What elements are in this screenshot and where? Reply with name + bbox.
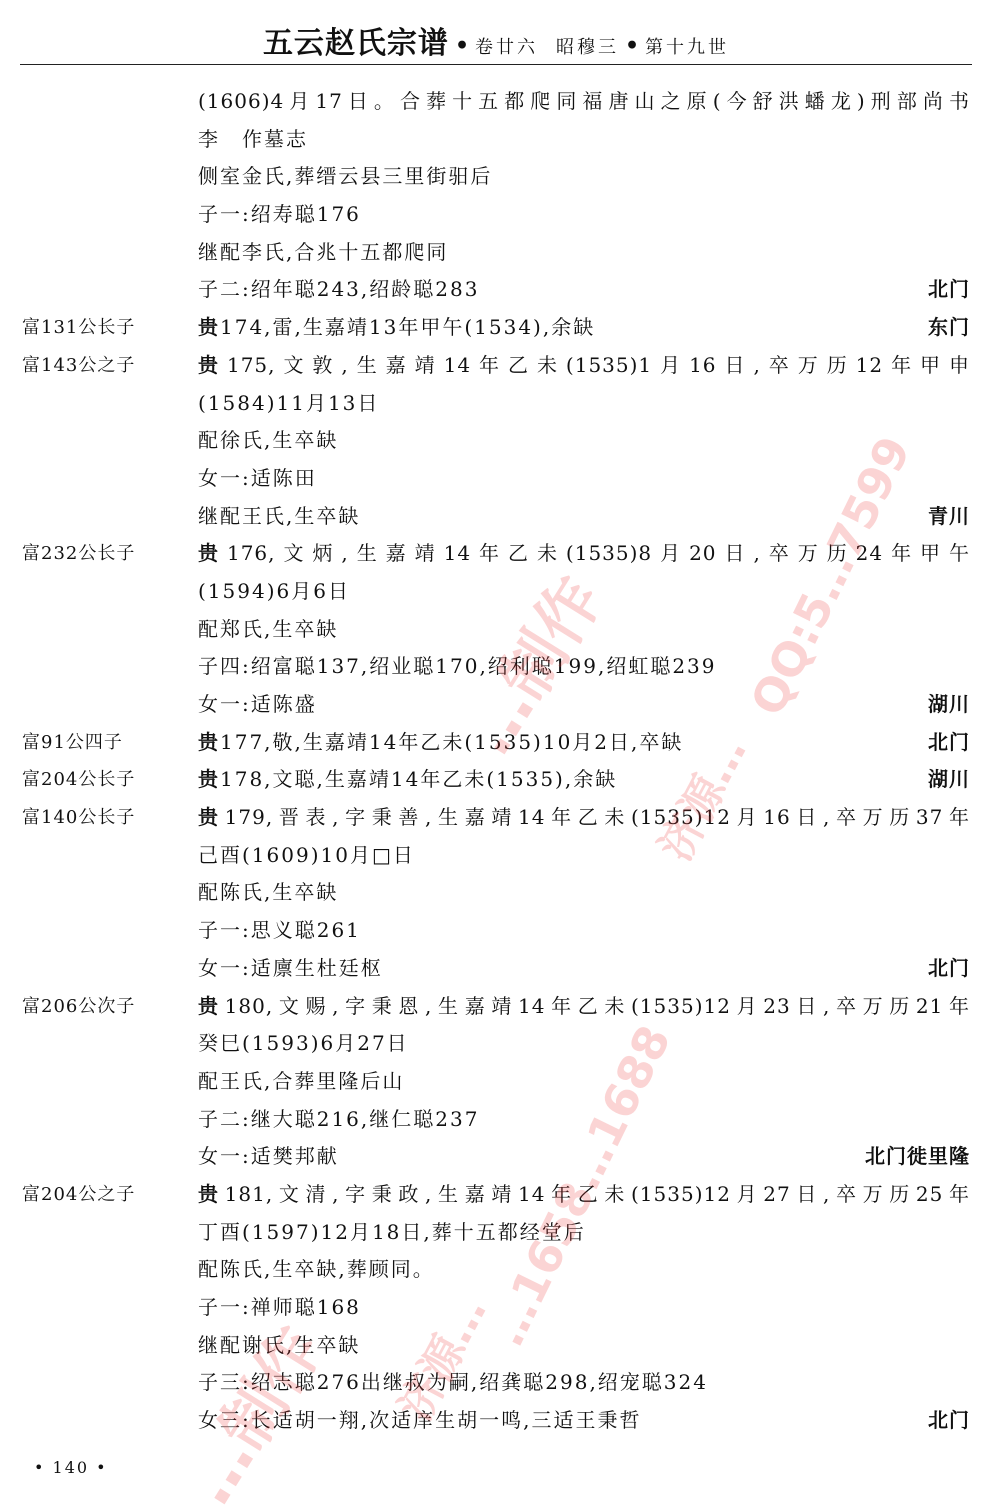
entry-continuation-row: 子一:禅师聪168 bbox=[0, 1289, 992, 1327]
generation-character: 贵 bbox=[198, 730, 220, 754]
entry-body: 丁酉(1597)12月18日,葬十五都经堂后 bbox=[198, 1220, 586, 1244]
entry-body: 己酉(1609)10月□日 bbox=[198, 843, 415, 867]
entry-continuation-row: 女一:适樊邦献北门徙里隆 bbox=[0, 1138, 992, 1176]
entry-text: 贵178,文聪,生嘉靖14年乙未(1535),余缺 bbox=[198, 761, 617, 799]
entry-row: 富131公长子贵174,雷,生嘉靖13年甲午(1534),余缺东门 bbox=[0, 309, 992, 347]
entry-text: 侧室金氏,葬缙云县三里街驲后 bbox=[198, 158, 492, 196]
entry-continuation-row: 子二:绍年聪243,绍龄聪283北门 bbox=[0, 271, 992, 309]
generation-label: 第十九世 bbox=[645, 37, 729, 58]
entry-body: 子四:绍富聪137,绍业聪170,绍利聪199,绍虹聪239 bbox=[198, 654, 717, 678]
book-title: 五云赵氏宗谱 bbox=[263, 26, 449, 61]
entry-body: 子二:绍年聪243,绍龄聪283 bbox=[198, 277, 479, 301]
entry-continuation-row: 配徐氏,生卒缺 bbox=[0, 422, 992, 460]
entry-text: 配郑氏,生卒缺 bbox=[198, 611, 338, 649]
entry-body: 子二:继大聪216,继仁聪237 bbox=[198, 1107, 479, 1131]
generation-character: 贵 bbox=[198, 353, 227, 377]
entry-continuation-row: (1594)6月6日 bbox=[0, 573, 992, 611]
entry-text: 李 作墓志 bbox=[198, 121, 308, 159]
entry-body: 子一:绍寿聪176 bbox=[198, 202, 361, 226]
entry-continuation-row: 女三:长适胡一翔,次适庠生胡一鸣,三适王秉哲北门 bbox=[0, 1402, 992, 1440]
residence-place: 湖川 bbox=[928, 761, 970, 799]
entry-body: 177,敬,生嘉靖14年乙未(1535)10月2日,卒缺 bbox=[220, 730, 683, 754]
residence-place: 北门 bbox=[928, 724, 970, 762]
lineage-label: 富143公之子 bbox=[22, 347, 135, 385]
entry-text: 配王氏,合葬里隆后山 bbox=[198, 1063, 404, 1101]
entry-text: 子一:思义聪261 bbox=[198, 912, 361, 950]
entry-text: 子二:继大聪216,继仁聪237 bbox=[198, 1101, 479, 1139]
lineage-label: 富204公长子 bbox=[22, 761, 135, 799]
entry-continuation-row: 子四:绍富聪137,绍业聪170,绍利聪199,绍虹聪239 bbox=[0, 648, 992, 686]
generation-character: 贵 bbox=[198, 805, 225, 829]
entry-text: 贵180,文赐,字秉恩,生嘉靖14年乙未(1535)12月23日,卒万历21年 bbox=[198, 988, 970, 1026]
generation-character: 贵 bbox=[198, 767, 220, 791]
entry-continuation-row: 侧室金氏,葬缙云县三里街驲后 bbox=[0, 158, 992, 196]
residence-place: 北门 bbox=[928, 271, 970, 309]
entry-body: (1606)4月17日。合葬十五都爬同福唐山之原(今舒洪蟠龙)刑部尚书 bbox=[198, 89, 970, 113]
entry-text: 女一:适陈盛 bbox=[198, 686, 317, 724]
entry-continuation-row: (1584)11月13日 bbox=[0, 385, 992, 423]
generation-character: 贵 bbox=[198, 994, 225, 1018]
entry-text: 配陈氏,生卒缺,葬顾同。 bbox=[198, 1251, 435, 1289]
entry-body: 176,文炳,生嘉靖14年乙未(1535)8月20日,卒万历24年甲午 bbox=[227, 541, 970, 565]
separator-dot: • bbox=[455, 33, 469, 59]
entry-text: 女一:适廪生杜廷枢 bbox=[198, 950, 383, 988]
entry-body: 181,文清,字秉政,生嘉靖14年乙未(1535)12月27日,卒万历25年 bbox=[225, 1182, 970, 1206]
residence-place: 北门 bbox=[928, 1402, 970, 1440]
entry-text: 继配王氏,生卒缺 bbox=[198, 498, 360, 536]
residence-place: 湖川 bbox=[928, 686, 970, 724]
genealogy-body: (1606)4月17日。合葬十五都爬同福唐山之原(今舒洪蟠龙)刑部尚书李 作墓志… bbox=[0, 83, 992, 1440]
entry-row: 富91公四子贵177,敬,生嘉靖14年乙未(1535)10月2日,卒缺北门 bbox=[0, 724, 992, 762]
entry-text: 贵176,文炳,生嘉靖14年乙未(1535)8月20日,卒万历24年甲午 bbox=[198, 535, 970, 573]
entry-text: (1594)6月6日 bbox=[198, 573, 350, 611]
entry-body: 子一:思义聪261 bbox=[198, 918, 361, 942]
entry-body: 女三:长适胡一翔,次适庠生胡一鸣,三适王秉哲 bbox=[198, 1408, 641, 1432]
entry-body: 女一:适陈盛 bbox=[198, 692, 317, 716]
entry-continuation-row: 癸巳(1593)6月27日 bbox=[0, 1025, 992, 1063]
entry-text: 子三:绍志聪276出继叔为嗣,绍龚聪298,绍宠聪324 bbox=[198, 1364, 708, 1402]
entry-continuation-row: 女一:适陈田 bbox=[0, 460, 992, 498]
separator-dot: • bbox=[625, 33, 639, 59]
entry-body: 李 作墓志 bbox=[198, 127, 308, 151]
entry-continuation-row: 丁酉(1597)12月18日,葬十五都经堂后 bbox=[0, 1214, 992, 1252]
entry-continuation-row: 配陈氏,生卒缺,葬顾同。 bbox=[0, 1251, 992, 1289]
header-rule bbox=[20, 64, 972, 65]
entry-continuation-row: 女一:适陈盛湖川 bbox=[0, 686, 992, 724]
entry-row: 富143公之子贵175,文敦,生嘉靖14年乙未(1535)1月16日,卒万历12… bbox=[0, 347, 992, 385]
entry-text: 贵181,文清,字秉政,生嘉靖14年乙未(1535)12月27日,卒万历25年 bbox=[198, 1176, 970, 1214]
entry-text: 癸巳(1593)6月27日 bbox=[198, 1025, 409, 1063]
entry-text: 继配谢氏,生卒缺 bbox=[198, 1327, 360, 1365]
entry-body: 配陈氏,生卒缺,葬顾同。 bbox=[198, 1257, 435, 1281]
entry-text: 贵175,文敦,生嘉靖14年乙未(1535)1月16日,卒万历12年甲申 bbox=[198, 347, 970, 385]
entry-body: 179,晋表,字秉善,生嘉靖14年乙未(1535)12月16日,卒万历37年 bbox=[225, 805, 970, 829]
entry-continuation-row: (1606)4月17日。合葬十五都爬同福唐山之原(今舒洪蟠龙)刑部尚书 bbox=[0, 83, 992, 121]
entry-body: 女一:适陈田 bbox=[198, 466, 317, 490]
entry-continuation-row: 己酉(1609)10月□日 bbox=[0, 837, 992, 875]
page-header: 五云赵氏宗谱•卷廿六昭穆三•第十九世 bbox=[0, 18, 992, 64]
entry-row: 富232公长子贵176,文炳,生嘉靖14年乙未(1535)8月20日,卒万历24… bbox=[0, 535, 992, 573]
entry-text: 贵177,敬,生嘉靖14年乙未(1535)10月2日,卒缺 bbox=[198, 724, 683, 762]
entry-text: (1584)11月13日 bbox=[198, 385, 379, 423]
entry-body: 子三:绍志聪276出继叔为嗣,绍龚聪298,绍宠聪324 bbox=[198, 1370, 708, 1394]
entry-continuation-row: 配王氏,合葬里隆后山 bbox=[0, 1063, 992, 1101]
entry-text: 子一:绍寿聪176 bbox=[198, 196, 361, 234]
entry-text: 子一:禅师聪168 bbox=[198, 1289, 361, 1327]
entry-body: 配陈氏,生卒缺 bbox=[198, 880, 338, 904]
entry-continuation-row: 子一:绍寿聪176 bbox=[0, 196, 992, 234]
lineage-label: 富140公长子 bbox=[22, 799, 135, 837]
entry-text: 贵179,晋表,字秉善,生嘉靖14年乙未(1535)12月16日,卒万历37年 bbox=[198, 799, 970, 837]
entry-body: (1584)11月13日 bbox=[198, 391, 379, 415]
entry-continuation-row: 女一:适廪生杜廷枢北门 bbox=[0, 950, 992, 988]
lineage-label: 富91公四子 bbox=[22, 724, 123, 762]
entry-body: 侧室金氏,葬缙云县三里街驲后 bbox=[198, 164, 492, 188]
entry-body: 女一:适樊邦献 bbox=[198, 1144, 339, 1168]
entry-text: 配陈氏,生卒缺 bbox=[198, 874, 338, 912]
lineage-label: 富206公次子 bbox=[22, 988, 135, 1026]
entry-body: 女一:适廪生杜廷枢 bbox=[198, 956, 383, 980]
entry-continuation-row: 配陈氏,生卒缺 bbox=[0, 874, 992, 912]
lineage-label: 富131公长子 bbox=[22, 309, 135, 347]
entry-body: 继配李氏,合兆十五都爬同 bbox=[198, 240, 448, 264]
entry-body: 癸巳(1593)6月27日 bbox=[198, 1031, 409, 1055]
entry-row: 富204公之子贵181,文清,字秉政,生嘉靖14年乙未(1535)12月27日,… bbox=[0, 1176, 992, 1214]
entry-body: 180,文赐,字秉恩,生嘉靖14年乙未(1535)12月23日,卒万历21年 bbox=[225, 994, 970, 1018]
entry-text: 己酉(1609)10月□日 bbox=[198, 837, 415, 875]
entry-continuation-row: 配郑氏,生卒缺 bbox=[0, 611, 992, 649]
section-label: 昭穆三 bbox=[556, 37, 619, 58]
entry-body: 175,文敦,生嘉靖14年乙未(1535)1月16日,卒万历12年甲申 bbox=[227, 353, 970, 377]
generation-character: 贵 bbox=[198, 1182, 225, 1206]
entry-text: 配徐氏,生卒缺 bbox=[198, 422, 338, 460]
entry-row: 富140公长子贵179,晋表,字秉善,生嘉靖14年乙未(1535)12月16日,… bbox=[0, 799, 992, 837]
entry-body: 继配谢氏,生卒缺 bbox=[198, 1333, 360, 1357]
entry-text: 贵174,雷,生嘉靖13年甲午(1534),余缺 bbox=[198, 309, 595, 347]
entry-continuation-row: 继配李氏,合兆十五都爬同 bbox=[0, 234, 992, 272]
entry-text: 子四:绍富聪137,绍业聪170,绍利聪199,绍虹聪239 bbox=[198, 648, 717, 686]
entry-text: 继配李氏,合兆十五都爬同 bbox=[198, 234, 448, 272]
page-number: • 140 • bbox=[34, 1458, 108, 1477]
entry-body: 子一:禅师聪168 bbox=[198, 1295, 361, 1319]
lineage-label: 富232公长子 bbox=[22, 535, 135, 573]
entry-body: 配徐氏,生卒缺 bbox=[198, 428, 338, 452]
entry-text: (1606)4月17日。合葬十五都爬同福唐山之原(今舒洪蟠龙)刑部尚书 bbox=[198, 83, 970, 121]
entry-body: 178,文聪,生嘉靖14年乙未(1535),余缺 bbox=[220, 767, 617, 791]
entry-text: 女一:适陈田 bbox=[198, 460, 317, 498]
residence-place: 北门 bbox=[928, 950, 970, 988]
generation-character: 贵 bbox=[198, 541, 227, 565]
generation-character: 贵 bbox=[198, 315, 220, 339]
entry-text: 丁酉(1597)12月18日,葬十五都经堂后 bbox=[198, 1214, 586, 1252]
entry-body: 174,雷,生嘉靖13年甲午(1534),余缺 bbox=[220, 315, 595, 339]
entry-row: 富206公次子贵180,文赐,字秉恩,生嘉靖14年乙未(1535)12月23日,… bbox=[0, 988, 992, 1026]
lineage-label: 富204公之子 bbox=[22, 1176, 135, 1214]
entry-text: 子二:绍年聪243,绍龄聪283 bbox=[198, 271, 479, 309]
entry-continuation-row: 子二:继大聪216,继仁聪237 bbox=[0, 1101, 992, 1139]
entry-continuation-row: 继配谢氏,生卒缺 bbox=[0, 1327, 992, 1365]
entry-body: (1594)6月6日 bbox=[198, 579, 350, 603]
residence-place: 北门徙里隆 bbox=[865, 1138, 970, 1176]
entry-body: 配王氏,合葬里隆后山 bbox=[198, 1069, 404, 1093]
residence-place: 青川 bbox=[928, 498, 970, 536]
entry-text: 女三:长适胡一翔,次适庠生胡一鸣,三适王秉哲 bbox=[198, 1402, 641, 1440]
entry-text: 女一:适樊邦献 bbox=[198, 1138, 339, 1176]
volume-label: 卷廿六 bbox=[475, 37, 538, 58]
residence-place: 东门 bbox=[928, 309, 970, 347]
entry-continuation-row: 子三:绍志聪276出继叔为嗣,绍龚聪298,绍宠聪324 bbox=[0, 1364, 992, 1402]
entry-body: 继配王氏,生卒缺 bbox=[198, 504, 360, 528]
entry-continuation-row: 李 作墓志 bbox=[0, 121, 992, 159]
entry-body: 配郑氏,生卒缺 bbox=[198, 617, 338, 641]
entry-row: 富204公长子贵178,文聪,生嘉靖14年乙未(1535),余缺湖川 bbox=[0, 761, 992, 799]
entry-continuation-row: 子一:思义聪261 bbox=[0, 912, 992, 950]
entry-continuation-row: 继配王氏,生卒缺青川 bbox=[0, 498, 992, 536]
